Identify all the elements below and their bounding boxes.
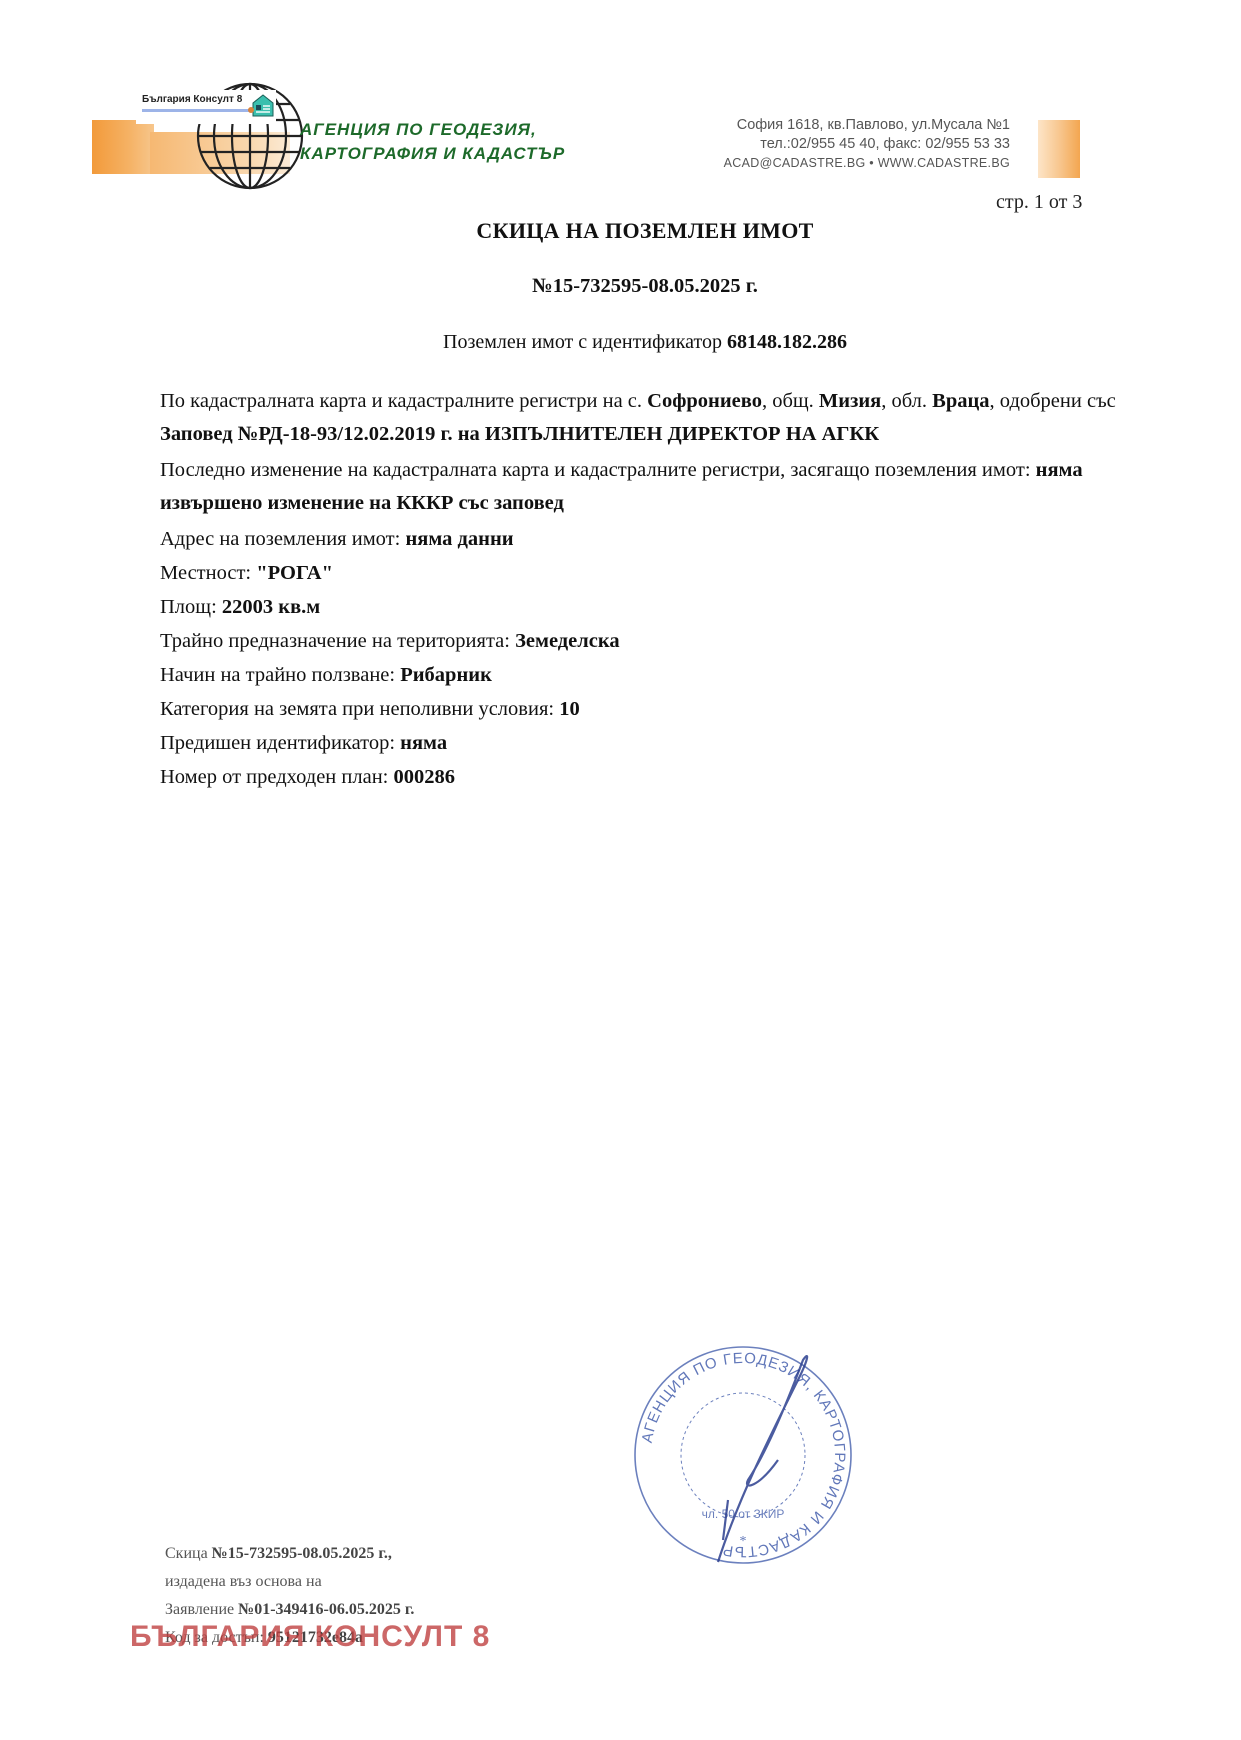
cadastral-basis: По кадастралната карта и кадастралните р…: [160, 385, 1120, 451]
field-area: Площ: 22003 кв.м: [160, 591, 1120, 625]
watermark: БЪЛГАРИЯ КОНСУЛТ 8: [130, 1620, 490, 1654]
identifier-value: 68148.182.286: [727, 331, 847, 353]
page-indicator: стр. 1 от 3: [996, 191, 1082, 214]
stamp-inner-text: чл. 50 от ЗКИР: [702, 1507, 785, 1521]
partner-logo-title: България Консулт 8: [142, 94, 242, 105]
field-value: няма: [400, 732, 447, 754]
partner-logo: България Консулт 8: [136, 90, 276, 124]
last-change-label: Последно изменение на кадастралната карт…: [160, 459, 1036, 481]
svg-text:*: *: [740, 1534, 747, 1549]
stamp-outer-text: АГЕНЦИЯ ПО ГЕОДЕЗИЯ, КАРТОГРАФИЯ И КАДАС…: [639, 1350, 848, 1560]
text: Заявление: [165, 1601, 238, 1618]
text: Скица: [165, 1545, 212, 1562]
field-territory-purpose: Трайно предназначение на територията: Зе…: [160, 625, 1120, 659]
contact-address: София 1618, кв.Павлово, ул.Мусала №1: [660, 116, 1010, 135]
field-previous-identifier: Предишен идентификатор: няма: [160, 727, 1120, 761]
identifier-label: Поземлен имот с идентификатор: [443, 331, 727, 353]
field-locality: Местност: "РОГА": [160, 557, 1120, 591]
footer-issued-basis: издадена въз основа на: [165, 1568, 414, 1596]
field-value: няма данни: [405, 528, 513, 550]
last-change: Последно изменение на кадастралната карт…: [160, 454, 1120, 520]
contact-email-web: ACAD@CADASTRE.BG • WWW.CADASTRE.BG: [660, 154, 1010, 172]
document-number: №15-732595-08.05.2025 г.: [0, 275, 1241, 298]
field-value: "РОГА": [256, 562, 333, 584]
region: Враца: [932, 390, 989, 412]
approval-order: Заповед №РД-18-93/12.02.2019 г. на ИЗПЪЛ…: [160, 423, 879, 445]
field-label: Номер от предходен план:: [160, 766, 394, 788]
header-orange-block: [92, 120, 154, 174]
field-value: Земеделска: [515, 630, 620, 652]
text: , одобрени със: [990, 390, 1116, 412]
field-usage-method: Начин на трайно ползване: Рибарник: [160, 659, 1120, 693]
house-document-icon: [248, 92, 274, 118]
header-orange-strip: [1038, 120, 1080, 178]
document-body: По кадастралната карта и кадастралните р…: [160, 385, 1120, 795]
value: №15-732595-08.05.2025 г.,: [212, 1545, 392, 1562]
field-label: Предишен идентификатор:: [160, 732, 400, 754]
field-previous-plan-number: Номер от предходен план: 000286: [160, 761, 1120, 795]
svg-text:АГЕНЦИЯ ПО ГЕОДЕЗИЯ, КАРТОГРАФ: АГЕНЦИЯ ПО ГЕОДЕЗИЯ, КАРТОГРАФИЯ И КАДАС…: [639, 1350, 848, 1560]
text: По кадастралната карта и кадастралните р…: [160, 390, 647, 412]
partner-logo-subtitle: [142, 109, 254, 112]
agency-contact: София 1618, кв.Павлово, ул.Мусала №1 тел…: [660, 116, 1010, 172]
field-label: Трайно предназначение на територията:: [160, 630, 515, 652]
field-value: Рибарник: [400, 664, 492, 686]
field-land-category: Категория на земята при неполивни услови…: [160, 693, 1120, 727]
field-value: 22003 кв.м: [222, 596, 320, 618]
field-label: Начин на трайно ползване:: [160, 664, 400, 686]
agency-name-line1: АГЕНЦИЯ ПО ГЕОДЕЗИЯ,: [300, 118, 565, 142]
document-title: СКИЦА НА ПОЗЕМЛЕН ИМОТ: [0, 218, 1241, 244]
village: Софрониево: [647, 390, 762, 412]
property-identifier: Поземлен имот с идентификатор 68148.182.…: [0, 331, 1241, 354]
agency-name-line2: КАРТОГРАФИЯ И КАДАСТЪР: [300, 142, 565, 166]
footer-sketch-number: Скица №15-732595-08.05.2025 г.,: [165, 1540, 414, 1568]
field-address: Адрес на поземления имот: няма данни: [160, 523, 1120, 557]
agency-name: АГЕНЦИЯ ПО ГЕОДЕЗИЯ, КАРТОГРАФИЯ И КАДАС…: [300, 118, 565, 166]
field-label: Категория на земята при неполивни услови…: [160, 698, 559, 720]
contact-phone-fax: тел.:02/955 45 40, факс: 02/955 53 33: [660, 135, 1010, 154]
field-value: 10: [559, 698, 580, 720]
field-label: Местност:: [160, 562, 256, 584]
field-value: 000286: [394, 766, 456, 788]
municipality: Мизия: [819, 390, 881, 412]
value: №01-349416-06.05.2025 г.: [238, 1601, 414, 1618]
text: , обл.: [881, 390, 932, 412]
text: , общ.: [762, 390, 819, 412]
field-label: Площ:: [160, 596, 222, 618]
field-label: Адрес на поземления имот:: [160, 528, 405, 550]
official-stamp-icon: АГЕНЦИЯ ПО ГЕОДЕЗИЯ, КАРТОГРАФИЯ И КАДАС…: [628, 1340, 858, 1570]
